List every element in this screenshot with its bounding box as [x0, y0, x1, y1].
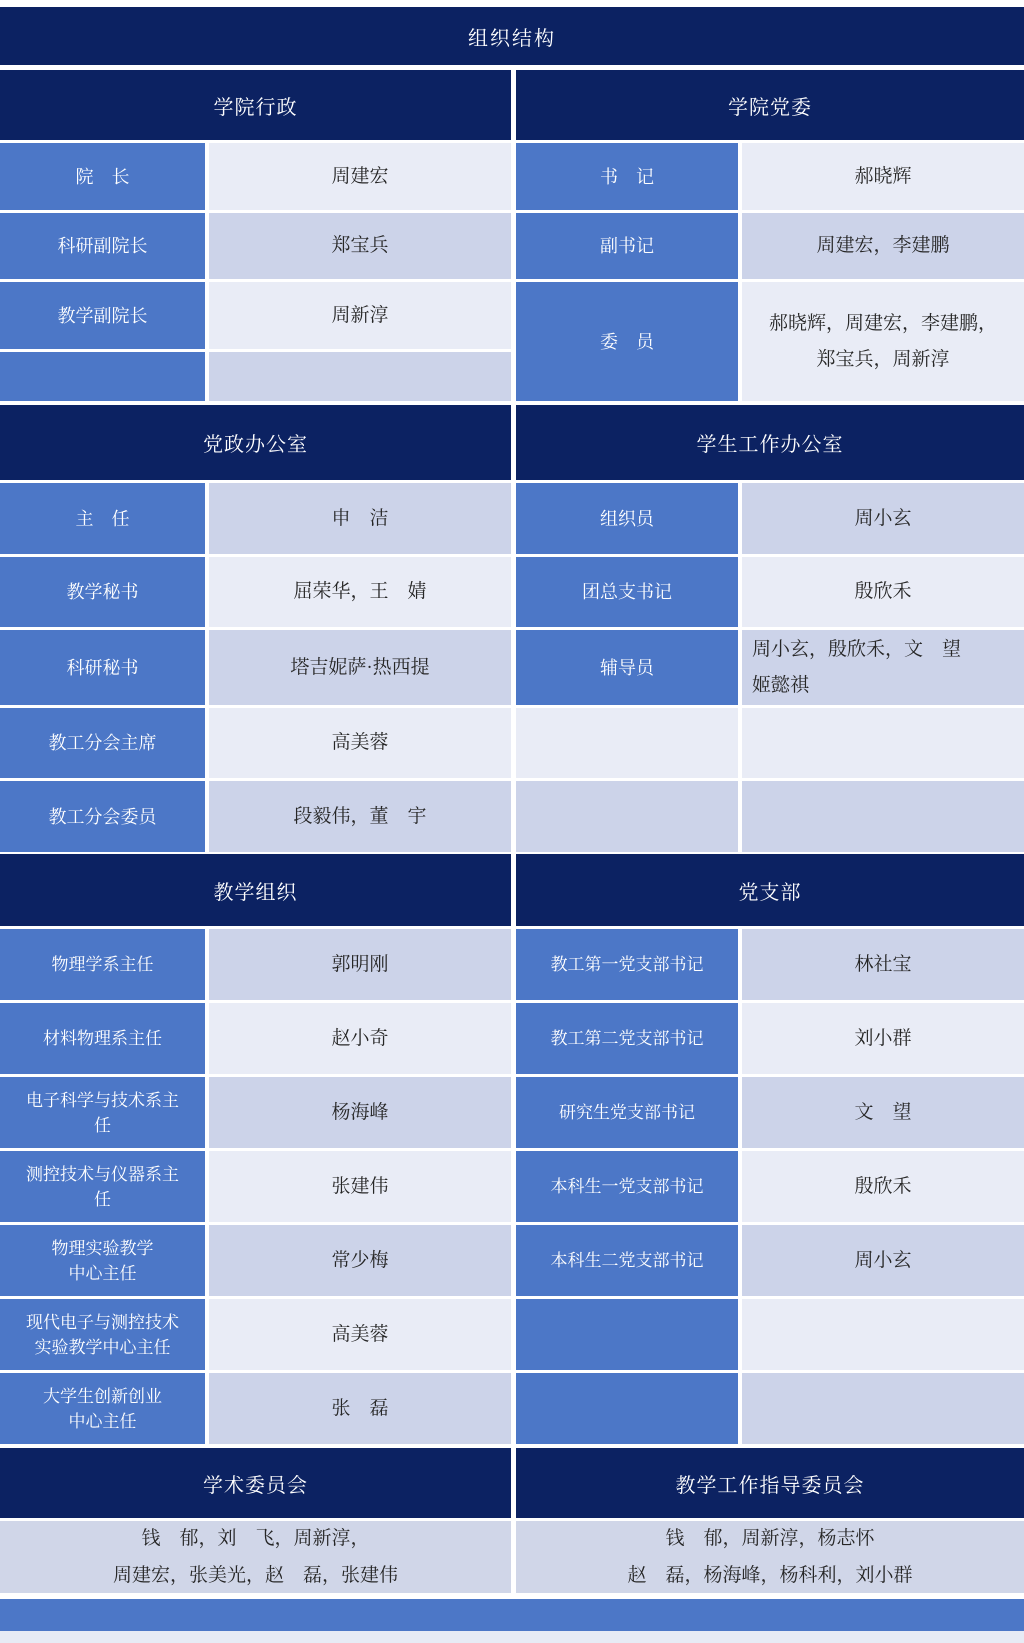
row-value: 塔吉妮萨·热西提 [209, 630, 511, 705]
section-header-college-party: 学院党委 [516, 70, 1024, 140]
row-label-youth-league-secretary: 团总支书记 [516, 557, 738, 627]
table-row: 科研秘书 塔吉妮萨·热西提 [0, 630, 511, 705]
table-row: 物理实验教学 中心主任 常少梅 [0, 1225, 511, 1296]
row-label-materials-dept-head: 材料物理系主任 [0, 1003, 205, 1074]
row-value: 张建伟 [209, 1151, 511, 1222]
table-row: 本科生二党支部书记 周小玄 [516, 1225, 1024, 1296]
row-label-physics-dept-head: 物理学系主任 [0, 929, 205, 1000]
section-header-party-branch: 党支部 [516, 854, 1024, 926]
row-value: 殷欣禾 [742, 557, 1024, 627]
footer-bar [0, 1599, 1024, 1631]
row-label-director: 主 任 [0, 483, 205, 554]
row-value: 屈荣华，王 婧 [209, 557, 511, 627]
row-value: 刘小群 [742, 1003, 1024, 1074]
section-header-academic-committee: 学术委员会 [0, 1448, 511, 1518]
table-row: 教学秘书 屈荣华，王 婧 [0, 557, 511, 627]
academic-committee-members: 钱 郁，刘 飞，周新淳， 周建宏，张美光，赵 磊，张建伟 [0, 1521, 511, 1593]
row-label-undergrad-branch2-secretary: 本科生二党支部书记 [516, 1225, 738, 1296]
student-affairs-office-column: 学生工作办公室 组织员 周小玄 团总支书记 殷欣禾 辅导员 周小玄，殷欣禾，文 … [516, 405, 1024, 852]
row-label-staff-branch2-secretary: 教工第二党支部书记 [516, 1003, 738, 1074]
row-label-undergrad-branch1-secretary: 本科生一党支部书记 [516, 1151, 738, 1222]
row-label-union-chair: 教工分会主席 [0, 708, 205, 778]
row-value: 张 磊 [209, 1373, 511, 1444]
teaching-org-column: 教学组织 物理学系主任 郭明刚 材料物理系主任 赵小奇 电子科学与技术系主 任 … [0, 854, 511, 1444]
bottom-strip [0, 1631, 1024, 1643]
section-header-party-gov-office: 党政办公室 [0, 405, 511, 480]
row-label-organizer: 组织员 [516, 483, 738, 554]
teaching-guidance-committee-members: 钱 郁，周新淳，杨志怀 赵 磊，杨海峰，杨科利，刘小群 [516, 1521, 1024, 1593]
teaching-guidance-committee-column: 教学工作指导委员会 钱 郁，周新淳，杨志怀 赵 磊，杨海峰，杨科利，刘小群 [516, 1448, 1024, 1593]
row-label-union-members: 教工分会委员 [0, 781, 205, 852]
row-value-empty [742, 781, 1024, 852]
table-row: 委 员 郝晓辉，周建宏，李建鹏， 郑宝兵，周新淳 [516, 282, 1024, 401]
row-label-teaching-vice-dean: 教学副院长 [0, 282, 205, 349]
row-label-grad-branch-secretary: 研究生党支部书记 [516, 1077, 738, 1148]
row-label-committee-members: 委 员 [516, 282, 738, 401]
row-label-empty [0, 352, 205, 401]
row-value: 赵小奇 [209, 1003, 511, 1074]
table-row-empty [516, 781, 1024, 852]
college-party-column: 学院党委 书 记 郝晓辉 副书记 周建宏，李建鹏 委 员 郝晓辉，周建宏，李建鹏… [516, 70, 1024, 401]
row-label-staff-branch1-secretary: 教工第一党支部书记 [516, 929, 738, 1000]
row-value-empty [209, 352, 511, 401]
table-row-empty [0, 352, 511, 401]
row-value-empty [742, 1373, 1024, 1444]
row-label-research-vice-dean: 科研副院长 [0, 213, 205, 279]
row-label-innovation-center-head: 大学生创新创业 中心主任 [0, 1373, 205, 1444]
row-label-teaching-secretary: 教学秘书 [0, 557, 205, 627]
page-title: 组织结构 [0, 7, 1024, 65]
row-value: 周小玄，殷欣禾，文 望 姬懿祺 [742, 630, 1024, 705]
table-row-empty [516, 1299, 1024, 1370]
row-label-electronics-dept-head: 电子科学与技术系主 任 [0, 1077, 205, 1148]
row-label-modern-electronics-center-head: 现代电子与测控技术 实验教学中心主任 [0, 1299, 205, 1370]
table-row: 研究生党支部书记 文 望 [516, 1077, 1024, 1148]
org-structure-page: 组织结构 学院行政 院 长 周建宏 科研副院长 郑宝兵 教学副院长 周新淳 学院… [0, 0, 1024, 1643]
row-value: 周小玄 [742, 483, 1024, 554]
row-label-physics-lab-center-head: 物理实验教学 中心主任 [0, 1225, 205, 1296]
row-label-dean: 院 长 [0, 143, 205, 210]
row-value: 郝晓辉 [742, 143, 1024, 210]
section-teaching-branches: 教学组织 物理学系主任 郭明刚 材料物理系主任 赵小奇 电子科学与技术系主 任 … [0, 854, 1024, 1444]
table-row: 辅导员 周小玄，殷欣禾，文 望 姬懿祺 [516, 630, 1024, 705]
table-row: 材料物理系主任 赵小奇 [0, 1003, 511, 1074]
section-admin-party: 学院行政 院 长 周建宏 科研副院长 郑宝兵 教学副院长 周新淳 学院党委 书 … [0, 70, 1024, 401]
row-value: 郝晓辉，周建宏，李建鹏， 郑宝兵，周新淳 [742, 282, 1024, 401]
row-value: 殷欣禾 [742, 1151, 1024, 1222]
row-label-research-secretary: 科研秘书 [0, 630, 205, 705]
table-row: 物理学系主任 郭明刚 [0, 929, 511, 1000]
section-header-student-affairs-office: 学生工作办公室 [516, 405, 1024, 480]
row-label-empty [516, 708, 738, 778]
table-row: 教工分会主席 高美蓉 [0, 708, 511, 778]
table-row: 教学副院长 周新淳 [0, 282, 511, 349]
table-row-empty [516, 708, 1024, 778]
table-row: 现代电子与测控技术 实验教学中心主任 高美蓉 [0, 1299, 511, 1370]
row-value: 周小玄 [742, 1225, 1024, 1296]
table-row: 大学生创新创业 中心主任 张 磊 [0, 1373, 511, 1444]
section-committees: 学术委员会 钱 郁，刘 飞，周新淳， 周建宏，张美光，赵 磊，张建伟 教学工作指… [0, 1448, 1024, 1593]
section-header-teaching-org: 教学组织 [0, 854, 511, 926]
row-label-secretary: 书 记 [516, 143, 738, 210]
table-row: 书 记 郝晓辉 [516, 143, 1024, 210]
row-label-counselors: 辅导员 [516, 630, 738, 705]
table-row: 测控技术与仪器系主 任 张建伟 [0, 1151, 511, 1222]
row-value-empty [742, 708, 1024, 778]
row-value: 高美蓉 [209, 708, 511, 778]
row-label-deputy-secretary: 副书记 [516, 213, 738, 279]
table-row: 组织员 周小玄 [516, 483, 1024, 554]
section-header-teaching-guidance-committee: 教学工作指导委员会 [516, 1448, 1024, 1518]
table-row: 院 长 周建宏 [0, 143, 511, 210]
row-value: 周建宏 [209, 143, 511, 210]
row-value: 周新淳 [209, 282, 511, 349]
row-label-measurement-dept-head: 测控技术与仪器系主 任 [0, 1151, 205, 1222]
table-row: 副书记 周建宏，李建鹏 [516, 213, 1024, 279]
section-offices: 党政办公室 主 任 申 洁 教学秘书 屈荣华，王 婧 科研秘书 塔吉妮萨·热西提… [0, 405, 1024, 852]
academic-committee-column: 学术委员会 钱 郁，刘 飞，周新淳， 周建宏，张美光，赵 磊，张建伟 [0, 1448, 511, 1593]
table-row: 主 任 申 洁 [0, 483, 511, 554]
row-value: 郭明刚 [209, 929, 511, 1000]
section-header-college-admin: 学院行政 [0, 70, 511, 140]
row-value: 周建宏，李建鹏 [742, 213, 1024, 279]
row-value: 郑宝兵 [209, 213, 511, 279]
table-row: 本科生一党支部书记 殷欣禾 [516, 1151, 1024, 1222]
row-value: 申 洁 [209, 483, 511, 554]
row-value: 文 望 [742, 1077, 1024, 1148]
table-row-empty [516, 1373, 1024, 1444]
party-branch-column: 党支部 教工第一党支部书记 林社宝 教工第二党支部书记 刘小群 研究生党支部书记… [516, 854, 1024, 1444]
row-value: 林社宝 [742, 929, 1024, 1000]
row-value: 常少梅 [209, 1225, 511, 1296]
row-value: 高美蓉 [209, 1299, 511, 1370]
row-value-empty [742, 1299, 1024, 1370]
row-label-empty [516, 1373, 738, 1444]
table-row: 团总支书记 殷欣禾 [516, 557, 1024, 627]
table-row: 科研副院长 郑宝兵 [0, 213, 511, 279]
row-label-empty [516, 1299, 738, 1370]
row-label-empty [516, 781, 738, 852]
table-row: 教工第一党支部书记 林社宝 [516, 929, 1024, 1000]
row-value: 段毅伟，董 宇 [209, 781, 511, 852]
college-admin-column: 学院行政 院 长 周建宏 科研副院长 郑宝兵 教学副院长 周新淳 [0, 70, 511, 401]
row-value: 杨海峰 [209, 1077, 511, 1148]
table-row: 电子科学与技术系主 任 杨海峰 [0, 1077, 511, 1148]
table-row: 教工第二党支部书记 刘小群 [516, 1003, 1024, 1074]
table-row: 教工分会委员 段毅伟，董 宇 [0, 781, 511, 852]
party-gov-office-column: 党政办公室 主 任 申 洁 教学秘书 屈荣华，王 婧 科研秘书 塔吉妮萨·热西提… [0, 405, 511, 852]
